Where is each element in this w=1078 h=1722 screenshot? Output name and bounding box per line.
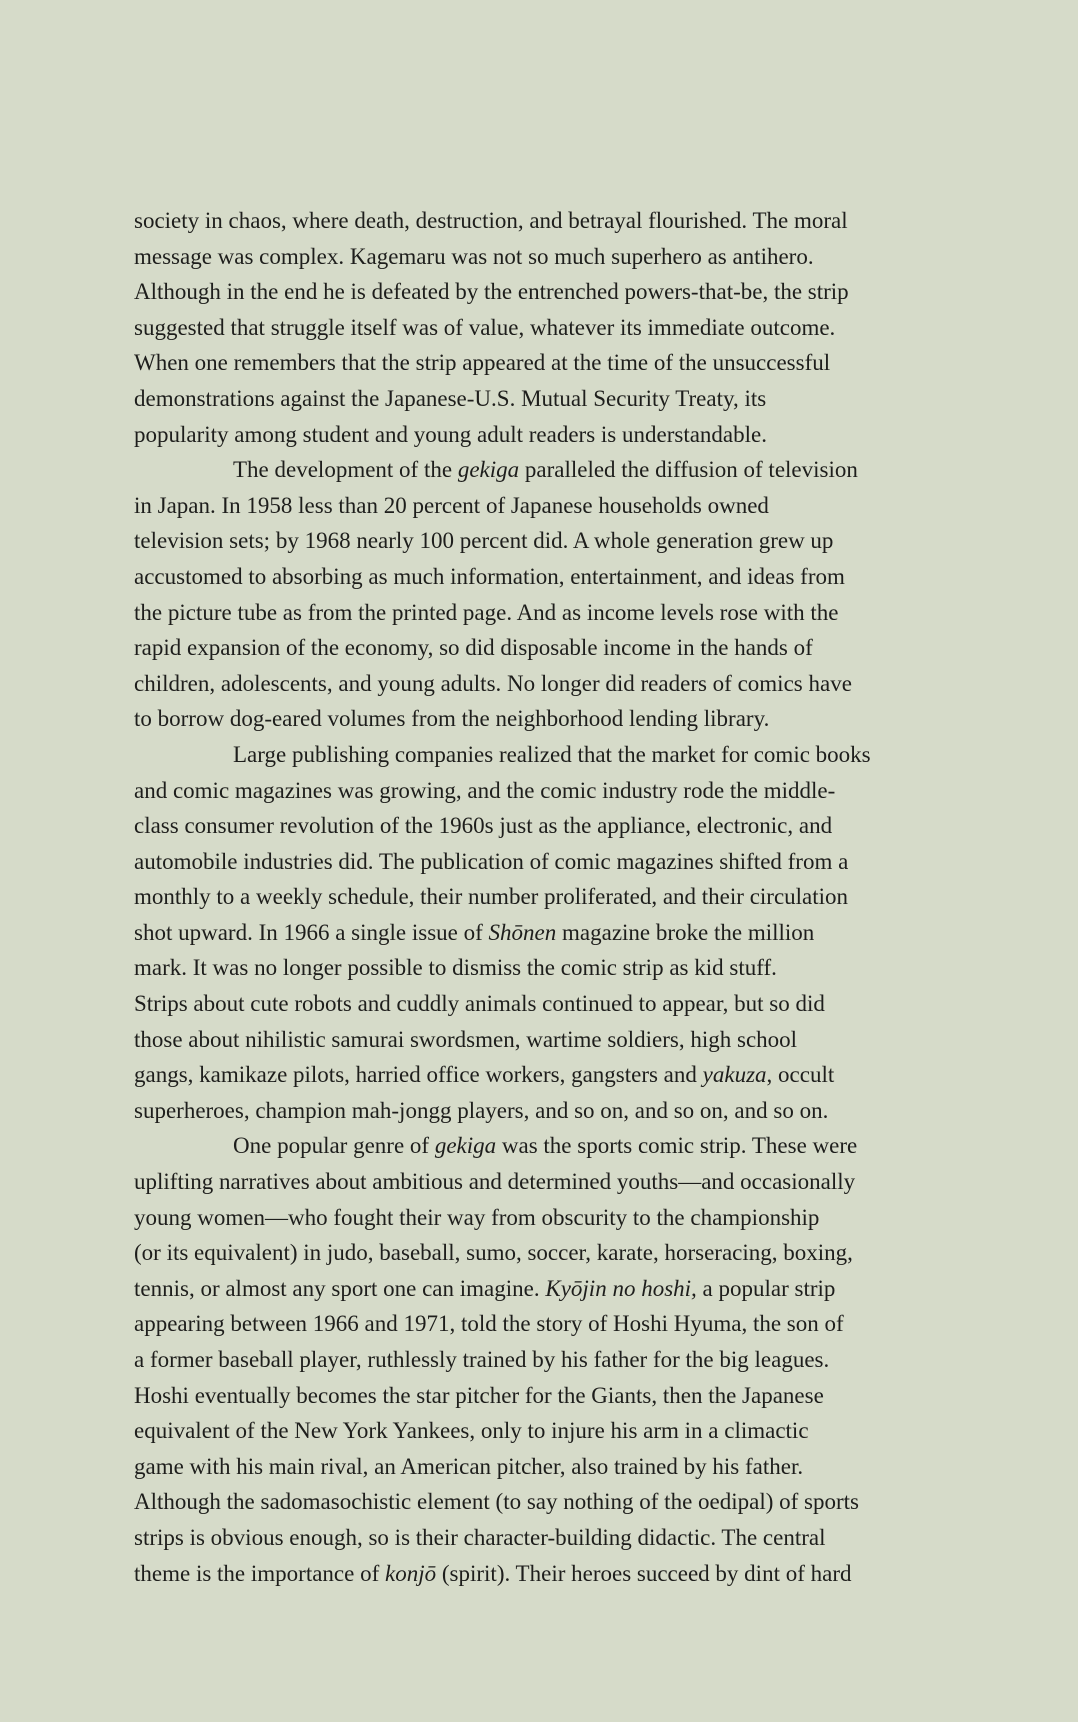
text-line: accustomed to absorbing as much informat…	[134, 559, 990, 595]
text-line: mark. It was no longer possible to dismi…	[134, 950, 990, 986]
text-run: to borrow dog-eared volumes from the nei…	[134, 706, 769, 731]
text-line: Although the sadomasochistic element (to…	[134, 1484, 990, 1520]
text-run: class consumer revolution of the 1960s j…	[134, 813, 832, 838]
text-run: a popular strip	[697, 1276, 836, 1301]
text-run: shot upward. In 1966 a single issue of	[134, 920, 489, 945]
text-line: shot upward. In 1966 a single issue of S…	[134, 915, 990, 951]
text-run: One popular genre of	[233, 1133, 435, 1158]
italic-term: konjō	[385, 1561, 436, 1586]
text-line: Although in the end he is defeated by th…	[134, 274, 990, 310]
text-line: message was complex. Kagemaru was not so…	[134, 239, 990, 275]
text-line: in Japan. In 1958 less than 20 percent o…	[134, 488, 990, 524]
paragraph: One popular genre of gekiga was the spor…	[134, 1128, 990, 1591]
text-run: mark. It was no longer possible to dismi…	[134, 955, 777, 980]
text-line: game with his main rival, an American pi…	[134, 1449, 990, 1485]
text-run: magazine broke the million	[556, 920, 814, 945]
text-line: (or its equivalent) in judo, baseball, s…	[134, 1235, 990, 1271]
text-line: monthly to a weekly schedule, their numb…	[134, 879, 990, 915]
italic-term: Kyōjin no hoshi,	[545, 1276, 696, 1301]
text-run: paralleled the diffusion of television	[519, 457, 858, 482]
text-run: When one remembers that the strip appear…	[134, 350, 830, 375]
text-run: accustomed to absorbing as much informat…	[134, 564, 845, 589]
text-line: a former baseball player, ruthlessly tra…	[134, 1342, 990, 1378]
book-page: society in chaos, where death, destructi…	[134, 203, 990, 1591]
text-line: Hoshi eventually becomes the star pitche…	[134, 1378, 990, 1414]
text-run: equivalent of the New York Yankees, only…	[134, 1418, 809, 1443]
text-line: to borrow dog-eared volumes from the nei…	[134, 701, 990, 737]
italic-term: gekiga	[458, 457, 519, 482]
text-run: rapid expansion of the economy, so did d…	[134, 635, 813, 660]
text-line: gangs, kamikaze pilots, harried office w…	[134, 1057, 990, 1093]
text-line: children, adolescents, and young adults.…	[134, 666, 990, 702]
text-line: those about nihilistic samurai swordsmen…	[134, 1022, 990, 1058]
text-run: those about nihilistic samurai swordsmen…	[134, 1027, 797, 1052]
italic-term: yakuza	[703, 1062, 767, 1087]
text-line: automobile industries did. The publicati…	[134, 844, 990, 880]
text-run: strips is obvious enough, so is their ch…	[134, 1525, 826, 1550]
text-run: Hoshi eventually becomes the star pitche…	[134, 1383, 824, 1408]
text-line: theme is the importance of konjō (spirit…	[134, 1556, 990, 1592]
text-line: rapid expansion of the economy, so did d…	[134, 630, 990, 666]
text-line: the picture tube as from the printed pag…	[134, 595, 990, 631]
text-line: and comic magazines was growing, and the…	[134, 773, 990, 809]
text-run: (or its equivalent) in judo, baseball, s…	[134, 1240, 853, 1265]
paragraph: society in chaos, where death, destructi…	[134, 203, 990, 452]
text-run: tennis, or almost any sport one can imag…	[134, 1276, 545, 1301]
text-line: tennis, or almost any sport one can imag…	[134, 1271, 990, 1307]
text-run: society in chaos, where death, destructi…	[134, 208, 848, 233]
text-line: Large publishing companies realized that…	[134, 737, 990, 773]
italic-term: Shōnen	[489, 920, 557, 945]
text-run: theme is the importance of	[134, 1561, 385, 1586]
text-run: suggested that struggle itself was of va…	[134, 315, 835, 340]
text-line: demonstrations against the Japanese-U.S.…	[134, 381, 990, 417]
text-run: Strips about cute robots and cuddly anim…	[134, 991, 825, 1016]
text-run: television sets; by 1968 nearly 100 perc…	[134, 528, 833, 553]
text-run: Large publishing companies realized that…	[233, 742, 871, 767]
text-line: young women—who fought their way from ob…	[134, 1200, 990, 1236]
text-run: demonstrations against the Japanese-U.S.…	[134, 386, 766, 411]
text-line: popularity among student and young adult…	[134, 417, 990, 453]
text-run: children, adolescents, and young adults.…	[134, 671, 852, 696]
text-run: young women—who fought their way from ob…	[134, 1205, 819, 1230]
text-run: automobile industries did. The publicati…	[134, 849, 848, 874]
text-line: The development of the gekiga paralleled…	[134, 452, 990, 488]
text-line: strips is obvious enough, so is their ch…	[134, 1520, 990, 1556]
paragraph: Large publishing companies realized that…	[134, 737, 990, 1129]
italic-term: gekiga	[435, 1133, 496, 1158]
text-run: Although in the end he is defeated by th…	[134, 279, 849, 304]
text-run: Although the sadomasochistic element (to…	[134, 1489, 859, 1514]
text-run: popularity among student and young adult…	[134, 422, 767, 447]
text-line: equivalent of the New York Yankees, only…	[134, 1413, 990, 1449]
text-line: Strips about cute robots and cuddly anim…	[134, 986, 990, 1022]
text-run: , occult	[767, 1062, 835, 1087]
text-run: in Japan. In 1958 less than 20 percent o…	[134, 493, 769, 518]
text-run: a former baseball player, ruthlessly tra…	[134, 1347, 829, 1372]
text-run: message was complex. Kagemaru was not so…	[134, 244, 814, 269]
text-line: society in chaos, where death, destructi…	[134, 203, 990, 239]
text-line: One popular genre of gekiga was the spor…	[134, 1128, 990, 1164]
text-run: superheroes, champion mah-jongg players,…	[134, 1098, 828, 1123]
text-run: monthly to a weekly schedule, their numb…	[134, 884, 848, 909]
text-run: and comic magazines was growing, and the…	[134, 778, 835, 803]
text-line: suggested that struggle itself was of va…	[134, 310, 990, 346]
text-run: appearing between 1966 and 1971, told th…	[134, 1311, 844, 1336]
text-line: superheroes, champion mah-jongg players,…	[134, 1093, 990, 1129]
text-run: game with his main rival, an American pi…	[134, 1454, 803, 1479]
text-run: The development of the	[233, 457, 458, 482]
text-run: the picture tube as from the printed pag…	[134, 600, 839, 625]
paragraph: The development of the gekiga paralleled…	[134, 452, 990, 737]
text-line: uplifting narratives about ambitious and…	[134, 1164, 990, 1200]
text-line: class consumer revolution of the 1960s j…	[134, 808, 990, 844]
text-run: uplifting narratives about ambitious and…	[134, 1169, 855, 1194]
text-line: television sets; by 1968 nearly 100 perc…	[134, 523, 990, 559]
text-line: appearing between 1966 and 1971, told th…	[134, 1306, 990, 1342]
text-run: gangs, kamikaze pilots, harried office w…	[134, 1062, 703, 1087]
text-run: (spirit). Their heroes succeed by dint o…	[436, 1561, 851, 1586]
text-run: was the sports comic strip. These were	[496, 1133, 857, 1158]
text-line: When one remembers that the strip appear…	[134, 345, 990, 381]
